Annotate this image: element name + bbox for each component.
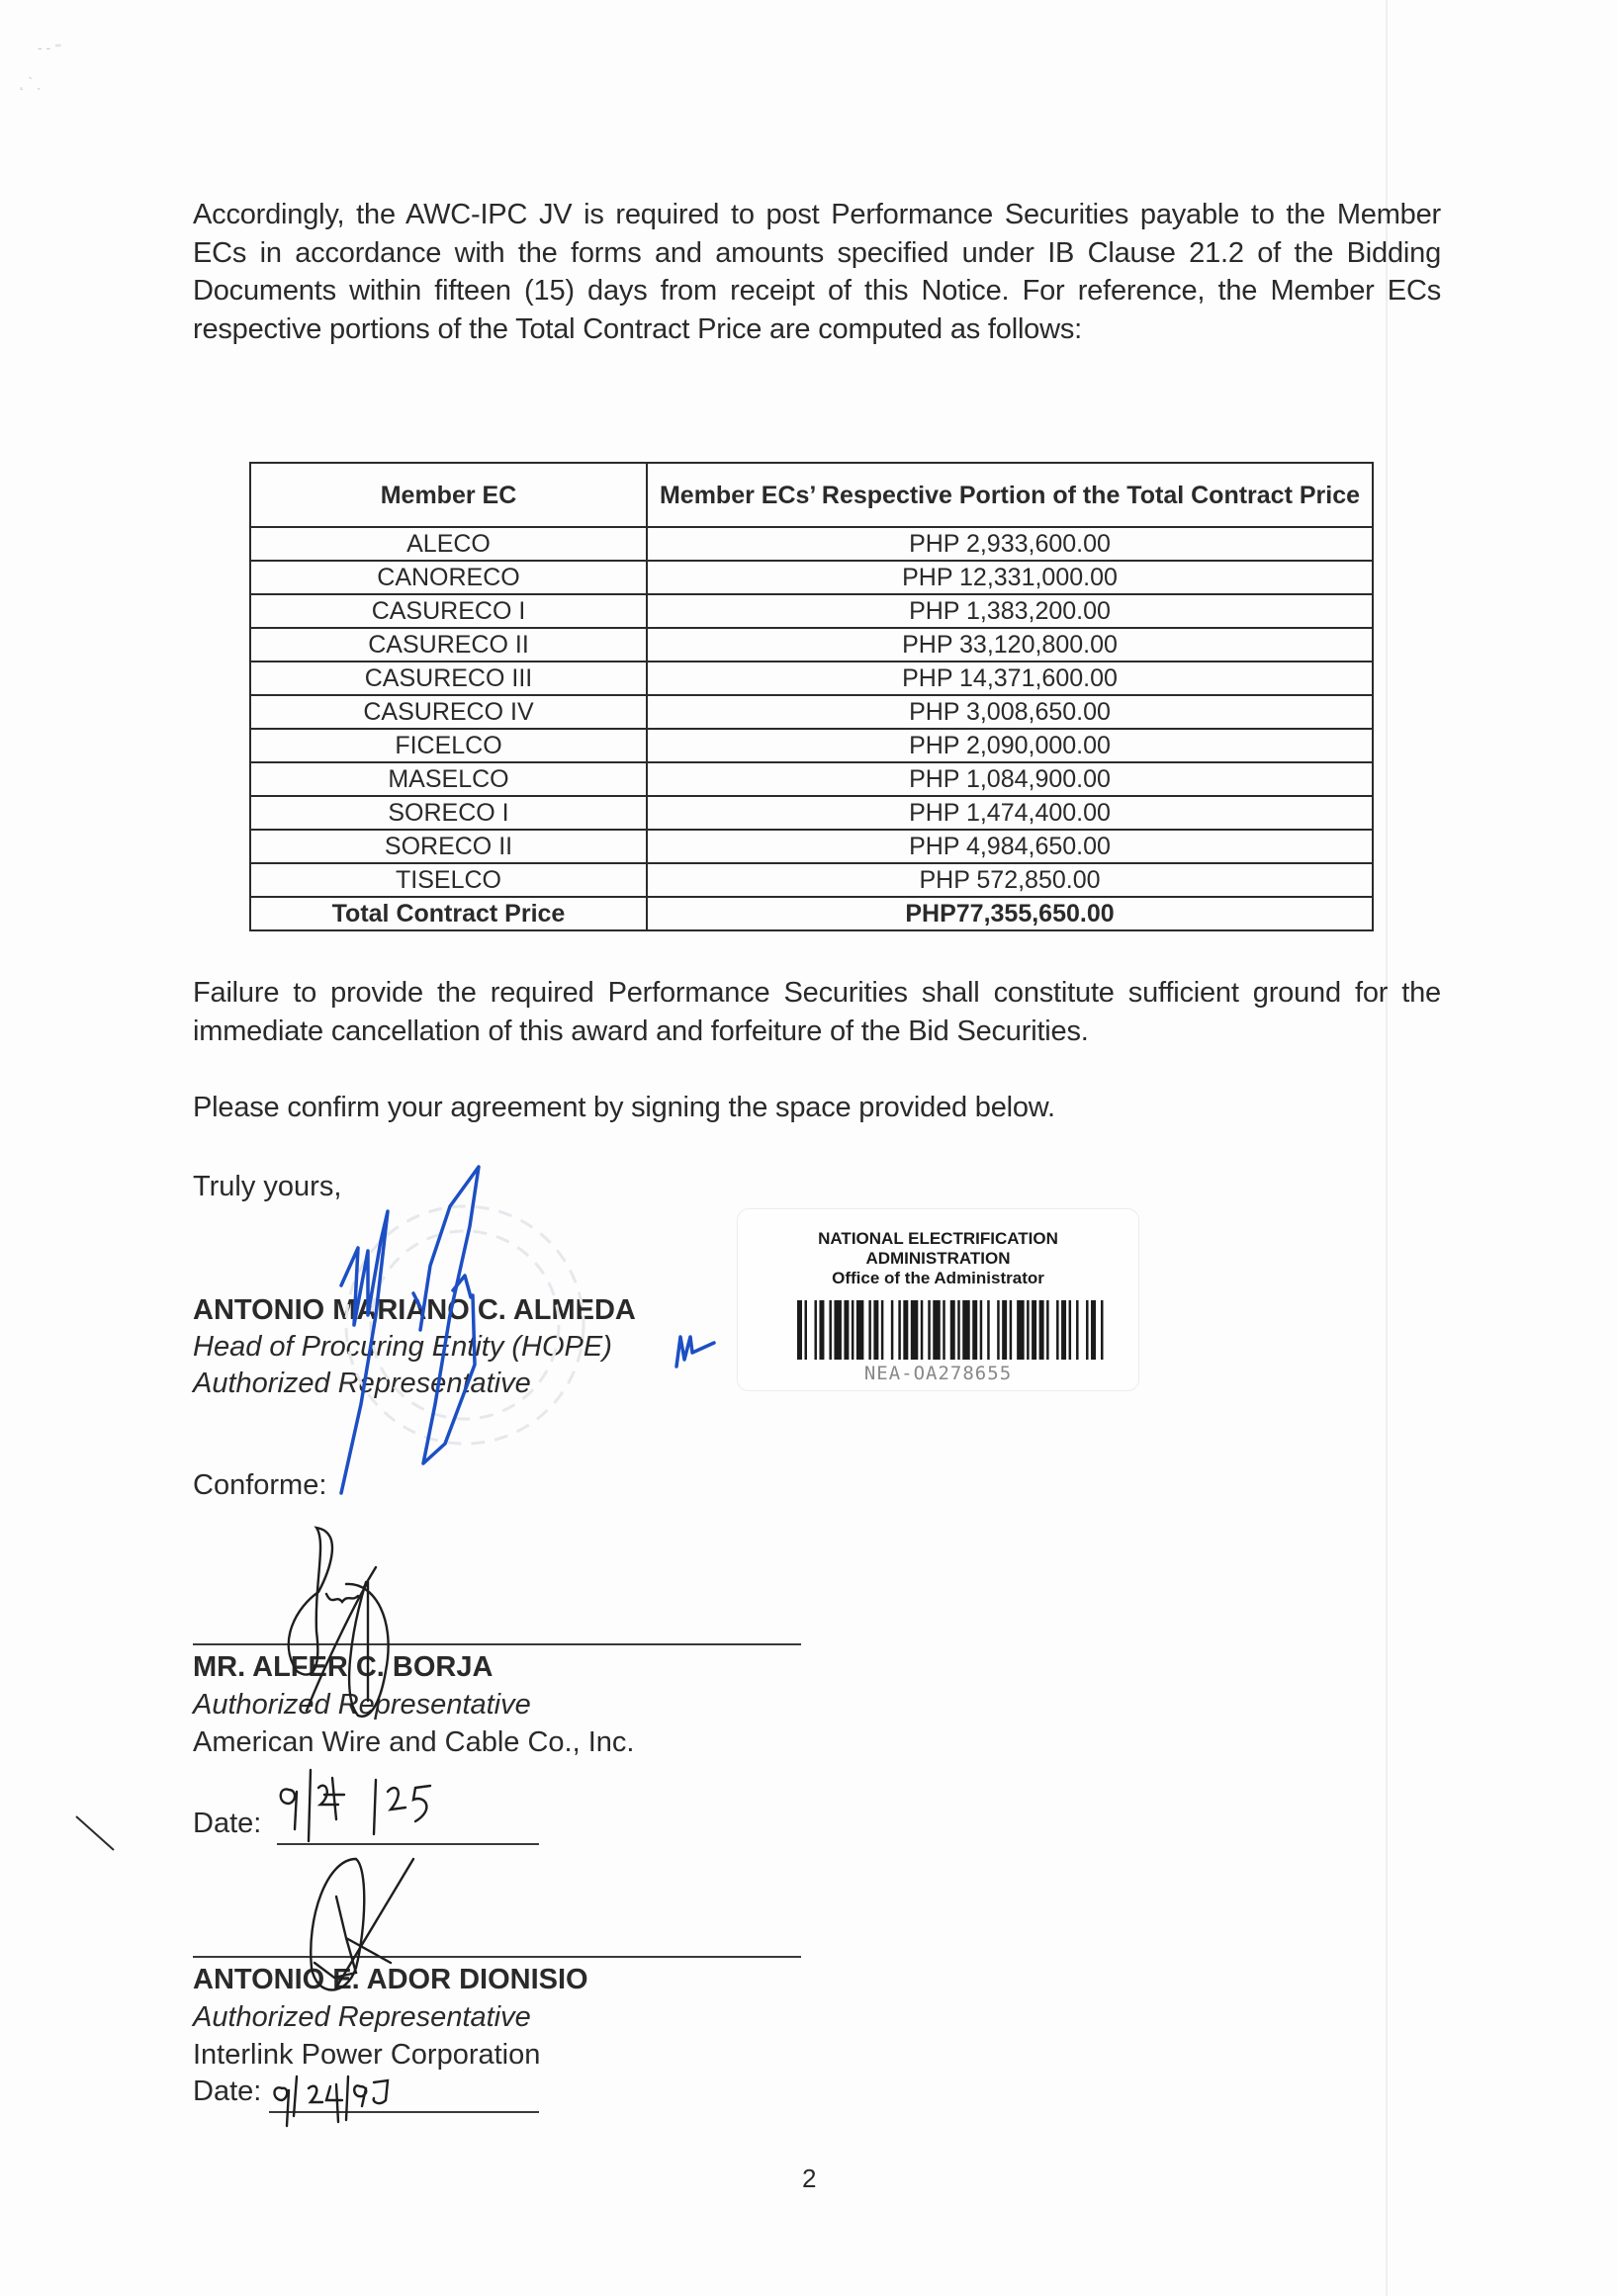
paragraph-performance-securities: Accordingly, the AWC-IPC JV is required …: [193, 196, 1441, 348]
party-1-name: MR. ALFER C. BORJA: [193, 1648, 493, 1686]
table-row: SORECO IIPHP 4,984,650.00: [250, 830, 1373, 863]
table-row: TISELCOPHP 572,850.00: [250, 863, 1373, 897]
page-number: 2: [802, 2164, 816, 2194]
barcode-icon: [797, 1300, 1106, 1360]
member-ec-table: Member EC Member ECs’ Respective Portion…: [249, 462, 1374, 931]
member-ec-cell: CASURECO I: [250, 594, 647, 628]
party-2-role: Authorized Representative: [193, 1998, 531, 2036]
column-header-member-ec: Member EC: [250, 463, 647, 527]
date-line-1: [277, 1843, 539, 1845]
amount-cell: PHP 12,331,000.00: [647, 561, 1373, 594]
amount-cell: PHP 2,933,600.00: [647, 527, 1373, 561]
party-1-role: Authorized Representative: [193, 1686, 531, 1723]
table-row: SORECO IPHP 1,474,400.00: [250, 796, 1373, 830]
date-line-2: [269, 2111, 539, 2113]
conforme-label: Conforme:: [193, 1466, 326, 1504]
amount-cell: PHP 572,850.00: [647, 863, 1373, 897]
column-header-portion: Member ECs’ Respective Portion of the To…: [647, 463, 1373, 527]
signatory-title: Head of Procuring Entity (HOPE): [193, 1328, 612, 1366]
table-row: ALECOPHP 2,933,600.00: [250, 527, 1373, 561]
member-ec-cell: CASURECO III: [250, 662, 647, 695]
stamp-line-3: Office of the Administrator: [738, 1269, 1138, 1288]
document-page: ‐ ‐ ⁼ ˛ ` ˎ Accordingly, the AWC-IPC JV …: [0, 0, 1618, 2296]
signatory-name: ANTONIO MARIANO C. ALMEDA: [193, 1291, 636, 1329]
closing-text: Truly yours,: [193, 1168, 341, 1205]
table-row: CASURECO IPHP 1,383,200.00: [250, 594, 1373, 628]
table-row: CASURECO IVPHP 3,008,650.00: [250, 695, 1373, 729]
table-row: CASURECO IIIPHP 14,371,600.00: [250, 662, 1373, 695]
scan-artifact: ‐ ‐ ⁼: [38, 40, 62, 56]
total-amount-cell: PHP77,355,650.00: [647, 897, 1373, 930]
handwritten-date-2-icon: [275, 2076, 389, 2126]
table-row: CANORECOPHP 12,331,000.00: [250, 561, 1373, 594]
signature-line-1: [193, 1643, 801, 1645]
amount-cell: PHP 2,090,000.00: [647, 729, 1373, 762]
party-1-company: American Wire and Cable Co., Inc.: [193, 1723, 634, 1761]
amount-cell: PHP 33,120,800.00: [647, 628, 1373, 662]
amount-cell: PHP 1,383,200.00: [647, 594, 1373, 628]
member-ec-cell: FICELCO: [250, 729, 647, 762]
paragraph-confirm: Please confirm your agreement by signing…: [193, 1089, 1441, 1127]
party-1-date-label: Date:: [193, 1805, 261, 1842]
handwritten-date-1-icon: [281, 1770, 430, 1841]
member-ec-cell: SORECO I: [250, 796, 647, 830]
paragraph-failure-clause: Failure to provide the required Performa…: [193, 974, 1441, 1050]
member-ec-cell: MASELCO: [250, 762, 647, 796]
party-2-date-label: Date:: [193, 2073, 261, 2110]
table-header-row: Member EC Member ECs’ Respective Portion…: [250, 463, 1373, 527]
member-ec-cell: CASURECO II: [250, 628, 647, 662]
table-row: MASELCOPHP 1,084,900.00: [250, 762, 1373, 796]
signature-line-2: [193, 1956, 801, 1958]
table-total-row: Total Contract PricePHP77,355,650.00: [250, 897, 1373, 930]
party-2-company: Interlink Power Corporation: [193, 2036, 540, 2074]
stamp-line-2: ADMINISTRATION: [738, 1249, 1138, 1269]
stamp-code: NEA-OA278655: [738, 1363, 1138, 1384]
amount-cell: PHP 1,084,900.00: [647, 762, 1373, 796]
member-ec-cell: ALECO: [250, 527, 647, 561]
nea-receipt-stamp: NATIONAL ELECTRIFICATION ADMINISTRATION …: [737, 1208, 1139, 1391]
total-label-cell: Total Contract Price: [250, 897, 647, 930]
table-row: FICELCOPHP 2,090,000.00: [250, 729, 1373, 762]
amount-cell: PHP 1,474,400.00: [647, 796, 1373, 830]
signatory-role: Authorized Representative: [193, 1365, 531, 1402]
stamp-line-1: NATIONAL ELECTRIFICATION: [738, 1229, 1138, 1249]
member-ec-cell: TISELCO: [250, 863, 647, 897]
member-ec-cell: CASURECO IV: [250, 695, 647, 729]
member-ec-cell: CANORECO: [250, 561, 647, 594]
amount-cell: PHP 14,371,600.00: [647, 662, 1373, 695]
amount-cell: PHP 4,984,650.00: [647, 830, 1373, 863]
scan-artifact: ˛ ` ˎ: [20, 74, 42, 90]
member-ec-cell: SORECO II: [250, 830, 647, 863]
table-row: CASURECO IIPHP 33,120,800.00: [250, 628, 1373, 662]
party-2-name: ANTONIO E. ADOR DIONISIO: [193, 1961, 588, 1998]
amount-cell: PHP 3,008,650.00: [647, 695, 1373, 729]
stray-pen-mark-icon: [76, 1816, 114, 1850]
